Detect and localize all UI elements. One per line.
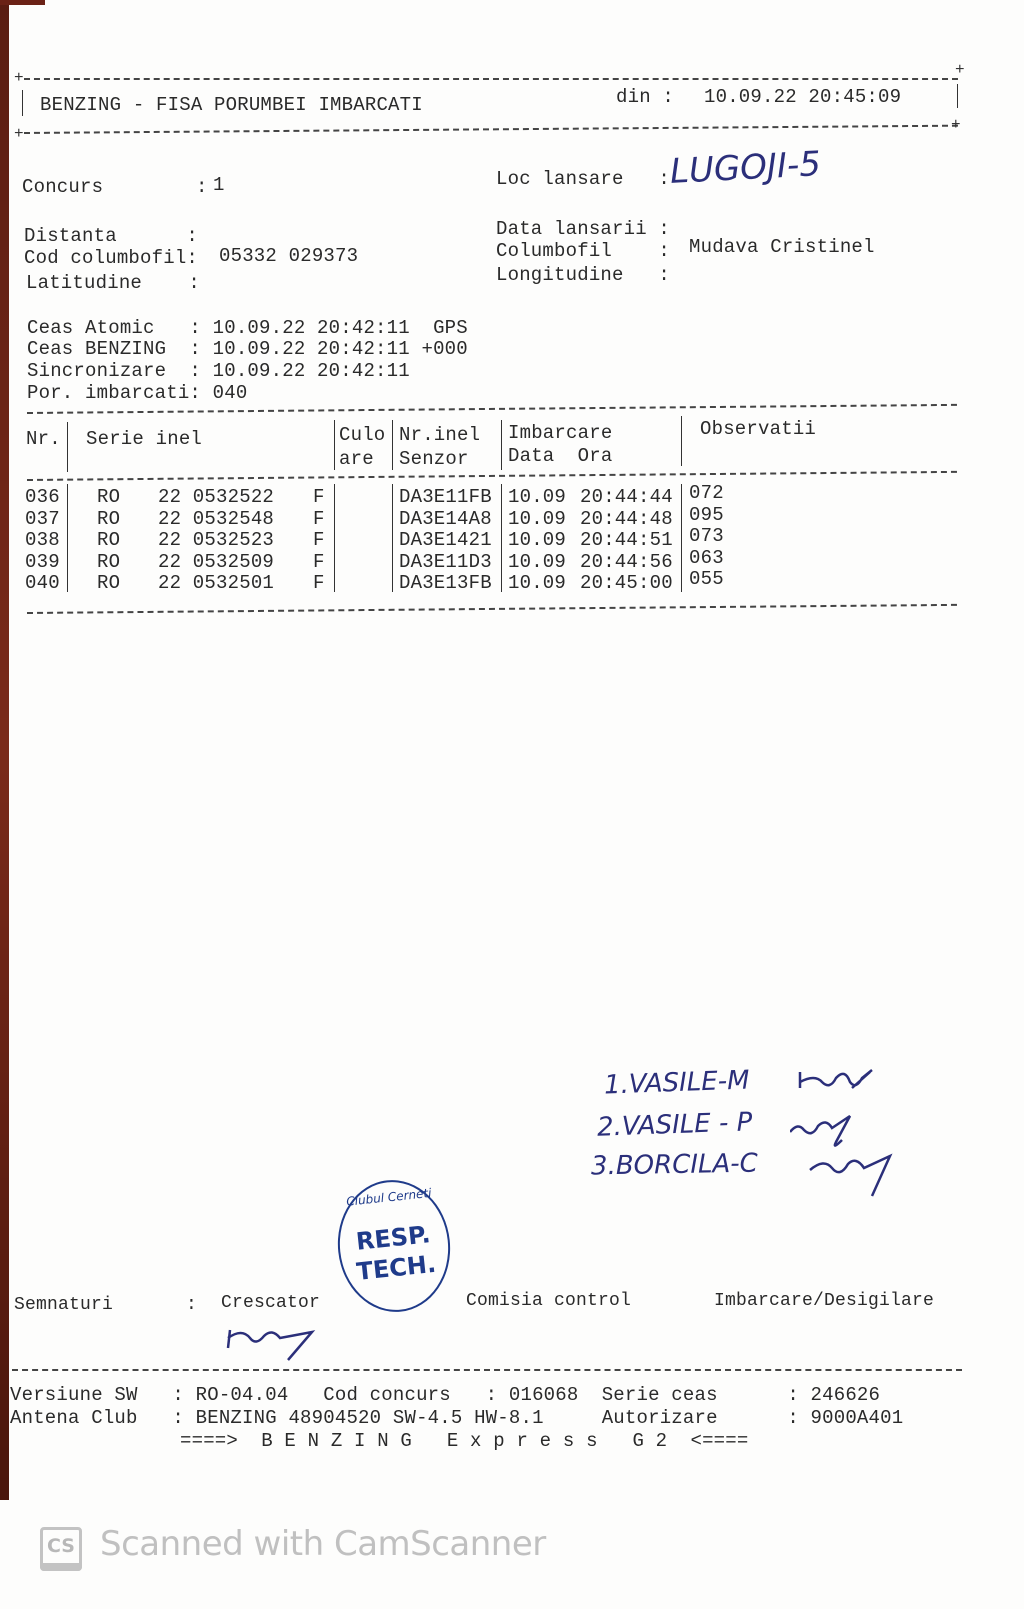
cell-data: 10.09: [508, 486, 566, 508]
cod-columbofil-value: 05332 029373: [219, 245, 358, 267]
handwritten-note-2: 2.VASILE - P: [597, 1107, 753, 1142]
col-divider: [392, 527, 393, 549]
cell-nr: 038: [25, 529, 60, 551]
semnaturi-label: Semnaturi: [14, 1294, 113, 1316]
col-divider: [501, 549, 502, 571]
ceas-atomic-line: Ceas Atomic : 10.09.22 20:42:11 GPS: [27, 317, 468, 339]
handwritten-note-3: 3.BORCILA-C: [591, 1149, 758, 1182]
col-divider: [67, 506, 68, 528]
data-lansarii-label: Data lansarii :: [496, 218, 670, 240]
cell-senzor: DA3E14A8: [399, 508, 492, 530]
cell-data: 10.09: [508, 572, 566, 594]
footer-rule: [12, 1369, 962, 1371]
ceas-benzing-line: Ceas BENZING : 10.09.22 20:42:11 +000: [27, 338, 468, 360]
cell-sex: F: [313, 572, 325, 594]
box-corner: +: [951, 117, 961, 133]
col-divider: [67, 549, 68, 571]
versiune-sw-line: Versiune SW : RO-04.04 Cod concurs : 016…: [10, 1384, 880, 1406]
cell-country: RO: [97, 486, 120, 508]
header-left-border: [22, 90, 23, 116]
col-divider: [67, 570, 68, 592]
col-divider: [501, 484, 502, 506]
table-bottom-rule: [27, 604, 957, 614]
print-date-label: din :: [616, 86, 674, 108]
document-title: BENZING - FISA PORUMBEI IMBARCATI: [40, 94, 423, 116]
col-divider: [501, 570, 502, 592]
cell-observatii: 055: [689, 568, 724, 590]
col-divider: [681, 484, 682, 506]
cell-data: 10.09: [508, 529, 566, 551]
col-header-serie-inel: Serie inel: [86, 428, 202, 450]
cell-nr: 040: [25, 572, 60, 594]
col-divider: [334, 527, 335, 549]
header-right-border: [957, 84, 958, 108]
cell-nr: 039: [25, 551, 60, 573]
col-divider: [392, 420, 393, 470]
background-edge: [0, 0, 9, 1500]
col-divider: [67, 484, 68, 506]
cell-ora: 20:44:44: [580, 486, 673, 508]
table-top-rule: [27, 404, 957, 414]
cell-sex: F: [313, 551, 325, 573]
col-header-culoare-2: are: [339, 448, 374, 470]
col-header-nr-inel-1: Nr.inel: [399, 424, 480, 446]
cell-observatii: 063: [689, 547, 724, 569]
concurs-label: Concurs :: [22, 176, 208, 198]
club-stamp: Clubul Cerneti RESP. TECH.: [331, 1175, 456, 1318]
header-bottom-rule: [24, 125, 958, 134]
col-header-nr-inel-2: Senzor: [399, 448, 469, 470]
col-divider: [501, 420, 502, 470]
imbarcare-desigilare-label: Imbarcare/Desigilare: [714, 1290, 934, 1312]
col-divider: [334, 506, 335, 528]
table-header-rule: [27, 471, 957, 481]
col-divider: [334, 570, 335, 592]
col-divider: [67, 422, 68, 472]
col-header-observatii: Observatii: [700, 418, 816, 440]
cell-ora: 20:45:00: [580, 572, 673, 594]
col-divider: [681, 416, 682, 466]
cell-serie-inel: 22 0532509: [158, 551, 274, 573]
cell-sex: F: [313, 529, 325, 551]
cell-senzor: DA3E11FB: [399, 486, 492, 508]
cell-serie-inel: 22 0532548: [158, 508, 274, 530]
camscanner-logo-icon: CS: [40, 1527, 82, 1571]
cell-country: RO: [97, 508, 120, 530]
col-divider: [67, 527, 68, 549]
cell-serie-inel: 22 0532522: [158, 486, 274, 508]
concurs-value: 1: [213, 174, 225, 196]
cell-observatii: 072: [689, 482, 724, 504]
cell-data: 10.09: [508, 508, 566, 530]
columbofil-value: Mudava Cristinel: [689, 236, 875, 258]
semnaturi-colon: :: [186, 1294, 197, 1316]
longitudine-label: Longitudine :: [496, 264, 670, 286]
benzing-express-brand: ====> B E N Z I N G E x p r e s s G 2 <=…: [180, 1430, 749, 1452]
col-header-nr: Nr.: [26, 428, 61, 450]
cell-country: RO: [97, 572, 120, 594]
columbofil-label: Columbofil :: [496, 240, 670, 262]
col-divider: [681, 527, 682, 549]
col-divider: [392, 484, 393, 506]
signature-scribbles: [790, 1060, 910, 1210]
col-divider: [681, 506, 682, 528]
loc-lansare-value: LUGOJI-5: [669, 144, 822, 192]
cell-nr: 036: [25, 486, 60, 508]
cod-columbofil-label: Cod columbofil:: [24, 247, 198, 269]
cell-senzor: DA3E1421: [399, 529, 492, 551]
col-header-imbarcare-2: Data Ora: [508, 445, 612, 467]
cell-sex: F: [313, 486, 325, 508]
cell-ora: 20:44:56: [580, 551, 673, 573]
col-header-imbarcare-1: Imbarcare: [508, 422, 612, 444]
cell-sex: F: [313, 508, 325, 530]
col-divider: [681, 549, 682, 571]
cell-observatii: 073: [689, 525, 724, 547]
col-header-culoare-1: Culo: [339, 424, 385, 446]
print-date-value: 10.09.22 20:45:09: [704, 86, 901, 108]
col-divider: [501, 506, 502, 528]
col-divider: [392, 549, 393, 571]
cell-observatii: 095: [689, 504, 724, 526]
distanta-label: Distanta :: [24, 225, 198, 247]
col-divider: [501, 527, 502, 549]
box-corner: +: [14, 70, 24, 86]
cell-senzor: DA3E13FB: [399, 572, 492, 594]
col-divider: [392, 570, 393, 592]
comisia-control-label: Comisia control: [466, 1290, 631, 1312]
header-top-rule: [24, 78, 958, 80]
cell-ora: 20:44:48: [580, 508, 673, 530]
cell-nr: 037: [25, 508, 60, 530]
loc-lansare-label: Loc lansare :: [496, 168, 670, 190]
box-corner: +: [955, 62, 965, 78]
col-divider: [334, 549, 335, 571]
col-divider: [334, 484, 335, 506]
cell-serie-inel: 22 0532523: [158, 529, 274, 551]
col-divider: [392, 506, 393, 528]
crescator-label: Crescator: [221, 1292, 320, 1314]
cell-country: RO: [97, 551, 120, 573]
stamp-arc-text: Clubul Cerneti: [334, 1185, 443, 1210]
col-divider: [681, 570, 682, 592]
latitudine-label: Latitudine :: [26, 272, 200, 294]
cell-country: RO: [97, 529, 120, 551]
cell-ora: 20:44:51: [580, 529, 673, 551]
crescator-signature: [222, 1322, 322, 1364]
antena-club-line: Antena Club : BENZING 48904520 SW-4.5 HW…: [10, 1407, 903, 1429]
porumbei-imbarcati-line: Por. imbarcati: 040: [27, 382, 247, 404]
col-divider: [334, 420, 335, 470]
cell-serie-inel: 22 0532501: [158, 572, 274, 594]
camscanner-watermark-text: Scanned with CamScanner: [100, 1524, 546, 1564]
box-corner: +: [14, 126, 24, 142]
cell-senzor: DA3E11D3: [399, 551, 492, 573]
cell-data: 10.09: [508, 551, 566, 573]
background-edge-top: [0, 0, 45, 5]
sincronizare-line: Sincronizare : 10.09.22 20:42:11: [27, 360, 410, 382]
handwritten-note-1: 1.VASILE-M: [604, 1065, 750, 1100]
